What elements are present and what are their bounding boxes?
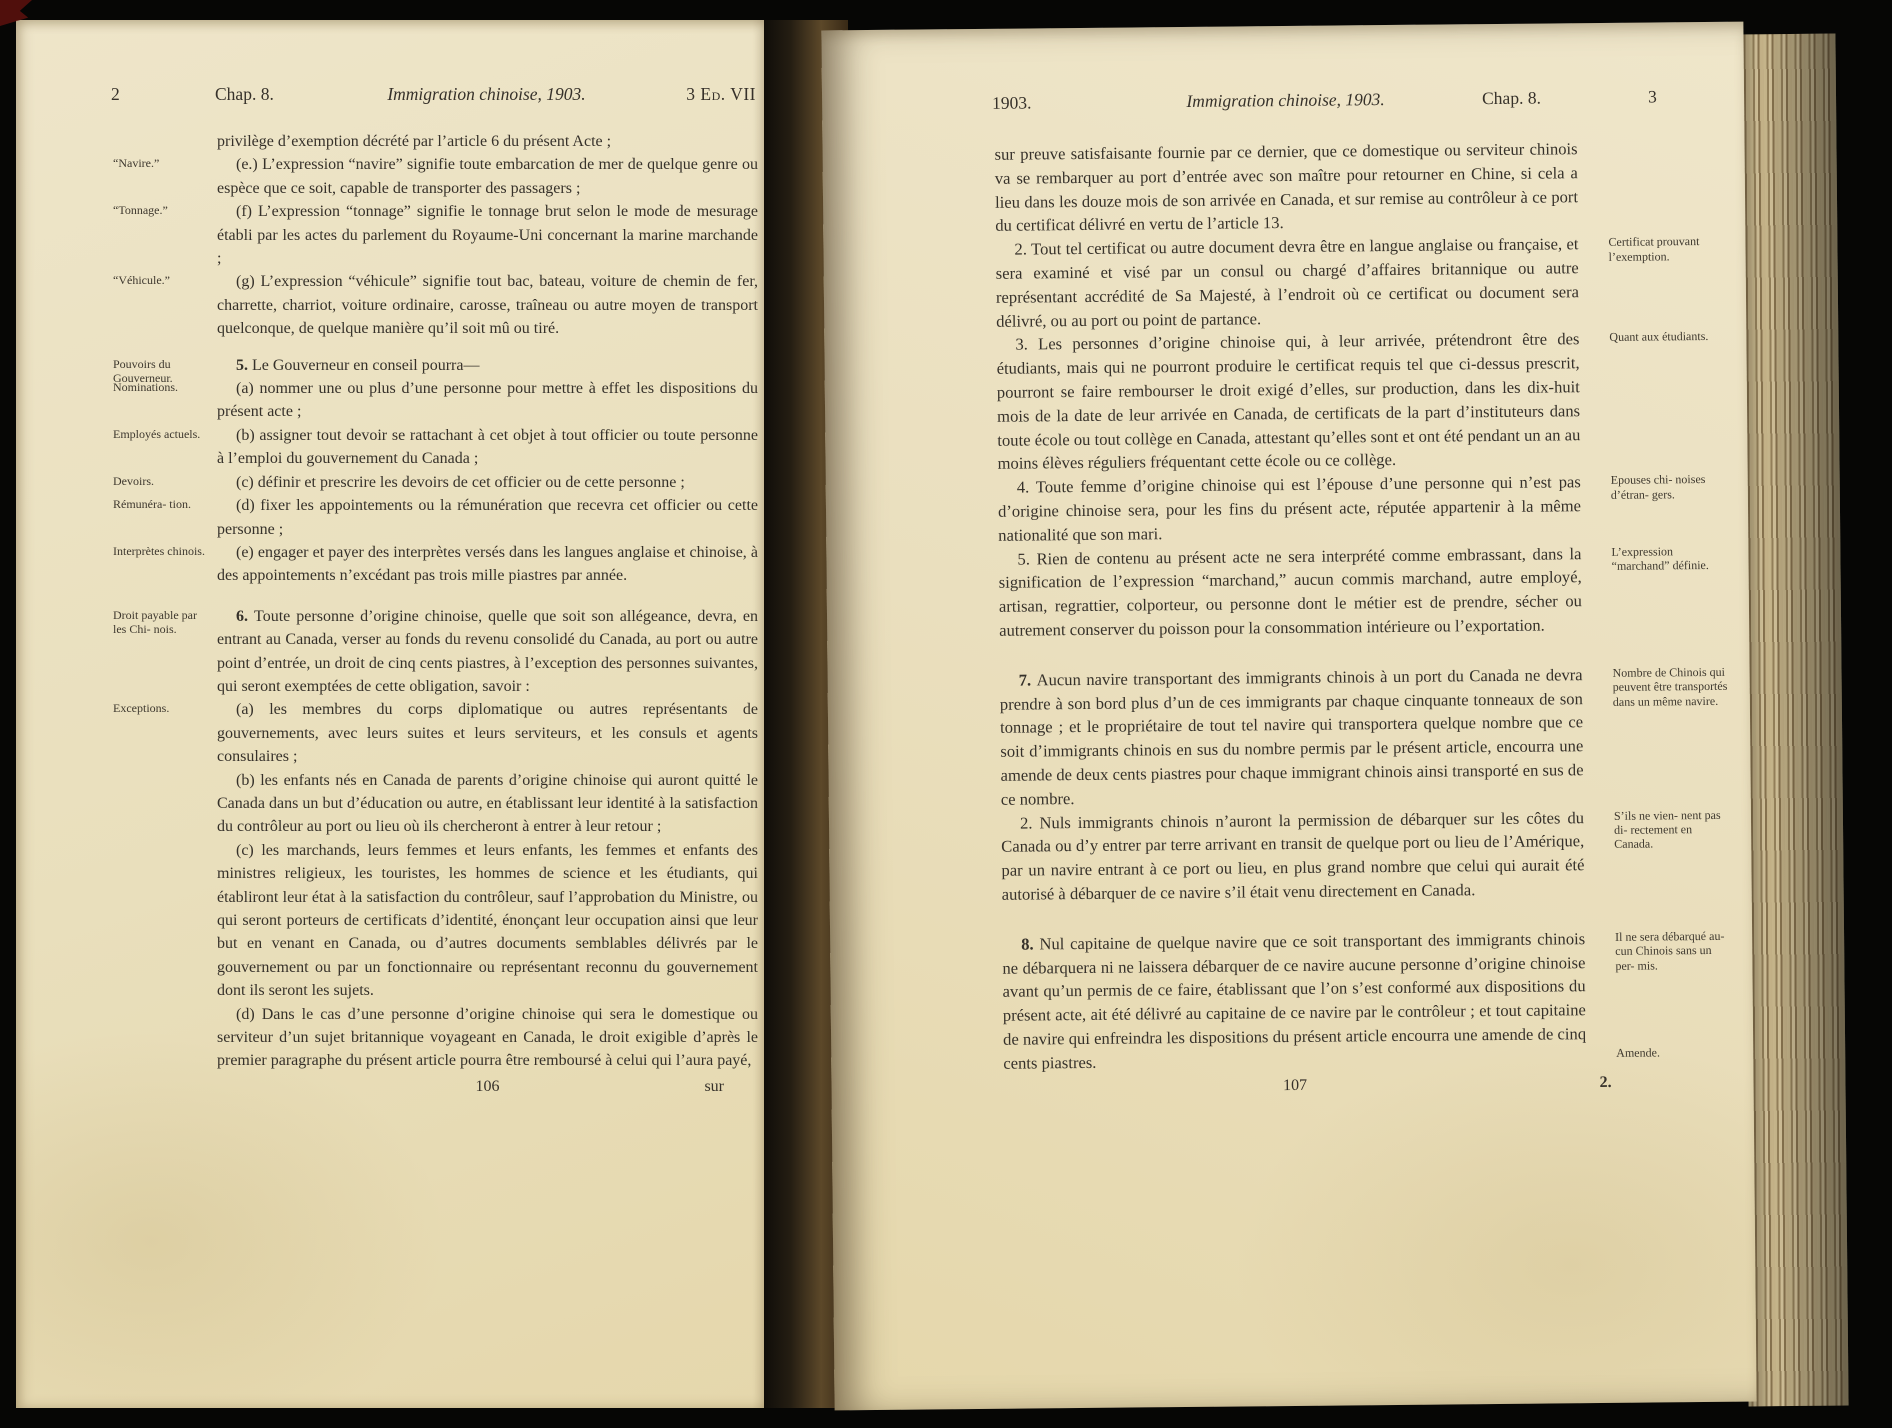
margin-note: S’ils ne vien- nent pas di- rectement en…: [1614, 807, 1732, 851]
paragraph: 2. Tout tel certificat ou autre document…: [995, 232, 1579, 333]
margin-note: Certificat prouvant l’exemption.: [1608, 234, 1726, 264]
paragraph: 7. Aucun navire transportant des immigra…: [1000, 663, 1584, 811]
text-block: (d) Dans le cas d’une personne d’origine…: [217, 1003, 758, 1073]
paragraph: 3. Les personnes d’origine chinoise qui,…: [996, 328, 1580, 476]
paragraph: (a) les membres du corps diplomatique ou…: [217, 698, 758, 768]
right-page-text: sur preuve satisfaisante fournie par ce …: [994, 137, 1586, 1075]
paragraph: 8. Nul capitaine de quelque navire que c…: [1002, 927, 1586, 1075]
margin-note: “Tonnage.”: [113, 203, 207, 217]
margin-note: Epouses chi- noises d’étran- gers.: [1611, 472, 1729, 502]
section-number: 6.: [236, 608, 254, 625]
folio-right: 107: [1003, 1075, 1586, 1099]
text-block: Droit payable par les Chi- nois.6. Toute…: [217, 605, 758, 699]
text-block: Exceptions.(a) les membres du corps dipl…: [217, 698, 758, 768]
margin-note: Employés actuels.: [113, 427, 207, 441]
text-block: Il ne sera débarqué au- cun Chinois sans…: [1002, 927, 1586, 1075]
paragraph: sur preuve satisfaisante fournie par ce …: [994, 137, 1578, 238]
paragraph: (c) les marchands, leurs femmes et leurs…: [217, 839, 758, 1003]
paragraph: privilège d’exemption décrété par l’arti…: [217, 130, 758, 153]
paragraph: (c) définir et prescrire les devoirs de …: [217, 471, 758, 494]
margin-note: Nominations.: [113, 380, 207, 394]
paragraph: (d) Dans le cas d’une personne d’origine…: [217, 1003, 758, 1073]
margin-note: Amende.: [1616, 1044, 1734, 1060]
running-head-right: 1903. Immigration chinoise, 1903. Chap. …: [822, 86, 1744, 121]
margin-note: Devoirs.: [113, 474, 207, 488]
text-block: Rémunéra- tion.(d) fixer les appointemen…: [217, 494, 758, 541]
text-block: “Véhicule.”(g) L’expression “véhicule” s…: [217, 270, 758, 340]
margin-note: “Navire.”: [113, 156, 207, 170]
margin-note: Il ne sera débarqué au- cun Chinois sans…: [1615, 928, 1733, 972]
page-number-left: 2: [111, 84, 120, 105]
left-page-footer: 106 sur: [16, 1078, 764, 1104]
section-number: 8.: [1021, 934, 1039, 953]
text-block: sur preuve satisfaisante fournie par ce …: [994, 137, 1578, 238]
paragraph: 6. Toute personne d’origine chinoise, qu…: [217, 605, 758, 699]
paragraph: (e.) L’expression “navire” signifie tout…: [217, 153, 758, 200]
text-block: “Tonnage.”(f) L’expression “tonnage” sig…: [217, 200, 758, 270]
paragraph: (f) L’expression “tonnage” signifie le t…: [217, 200, 758, 270]
paragraph: (b) assigner tout devoir se rattachant à…: [217, 424, 758, 471]
running-title-left: Immigration chinoise, 1903.: [215, 84, 758, 105]
margin-note: Rémunéra- tion.: [113, 497, 207, 511]
text-block: (c) les marchands, leurs femmes et leurs…: [217, 839, 758, 1003]
paragraph: 4. Toute femme d’origine chinoise qui es…: [998, 470, 1582, 547]
edition-label: 3 Ed. VII: [686, 84, 756, 105]
text-block: Interprètes chinois.(e) engager et payer…: [217, 541, 758, 588]
section-number: 7.: [1019, 670, 1037, 689]
margin-note: Quant aux étudiants.: [1609, 329, 1727, 345]
margin-note: L’expression “marchand” définie.: [1611, 543, 1729, 573]
text-block: Certificat prouvant l’exemption.2. Tout …: [995, 232, 1579, 333]
margin-note: Interprètes chinois.: [113, 544, 207, 558]
margin-note: Exceptions.: [113, 701, 207, 715]
paragraph: 2. Nuls immigrants chinois n’auront la p…: [1001, 806, 1585, 907]
text-block: Pouvoirs du Gouverneur.5. Le Gouverneur …: [217, 354, 758, 377]
text-block: S’ils ne vien- nent pas di- rectement en…: [1001, 806, 1585, 907]
running-head-left: 2 Chap. 8. Immigration chinoise, 1903. 3…: [16, 84, 764, 110]
text-block: “Navire.”(e.) L’expression “navire” sign…: [217, 153, 758, 200]
chapter-label-right: Chap. 8.: [1482, 88, 1541, 110]
margin-note: “Véhicule.”: [113, 273, 207, 287]
page-number-right: 3: [1648, 86, 1657, 107]
text-block: Quant aux étudiants.3. Les personnes d’o…: [996, 328, 1580, 476]
catchword: sur: [704, 1078, 724, 1096]
right-page-footer: 107 2.: [831, 1073, 1753, 1108]
text-block: L’expression “marchand” définie.5. Rien …: [998, 542, 1582, 643]
text-block: Nominations.(a) nommer une ou plus d’une…: [217, 377, 758, 424]
paragraph: (b) les enfants nés en Canada de parents…: [217, 769, 758, 839]
text-block: privilège d’exemption décrété par l’arti…: [217, 130, 758, 153]
paragraph: 5. Le Gouverneur en conseil pourra—: [217, 354, 758, 377]
paragraph: (e) engager et payer des interprètes ver…: [217, 541, 758, 588]
text-block: Nombre de Chinois qui peuvent être trans…: [1000, 663, 1584, 811]
text-block: Employés actuels.(b) assigner tout devoi…: [217, 424, 758, 471]
text-block: (b) les enfants nés en Canada de parents…: [217, 769, 758, 839]
folio-left: 106: [217, 1078, 758, 1096]
text-block: Devoirs.(c) définir et prescrire les dev…: [217, 471, 758, 494]
paragraph: (g) L’expression “véhicule” signifie tou…: [217, 270, 758, 340]
left-page-text: privilège d’exemption décrété par l’arti…: [217, 130, 758, 1073]
signature-mark: 2.: [1599, 1074, 1611, 1092]
section-number: 5.: [236, 357, 252, 374]
margin-note: Nombre de Chinois qui peuvent être trans…: [1613, 664, 1731, 708]
paragraph: (d) fixer les appointements ou la rémuné…: [217, 494, 758, 541]
right-page: 1903. Immigration chinoise, 1903. Chap. …: [821, 22, 1756, 1411]
margin-note: Droit payable par les Chi- nois.: [113, 608, 207, 637]
paragraph: 5. Rien de contenu au présent acte ne se…: [998, 542, 1582, 643]
paragraph: (a) nommer une ou plus d’une personne po…: [217, 377, 758, 424]
text-block: Epouses chi- noises d’étran- gers.4. Tou…: [998, 470, 1582, 547]
left-page: 2 Chap. 8. Immigration chinoise, 1903. 3…: [16, 20, 764, 1408]
